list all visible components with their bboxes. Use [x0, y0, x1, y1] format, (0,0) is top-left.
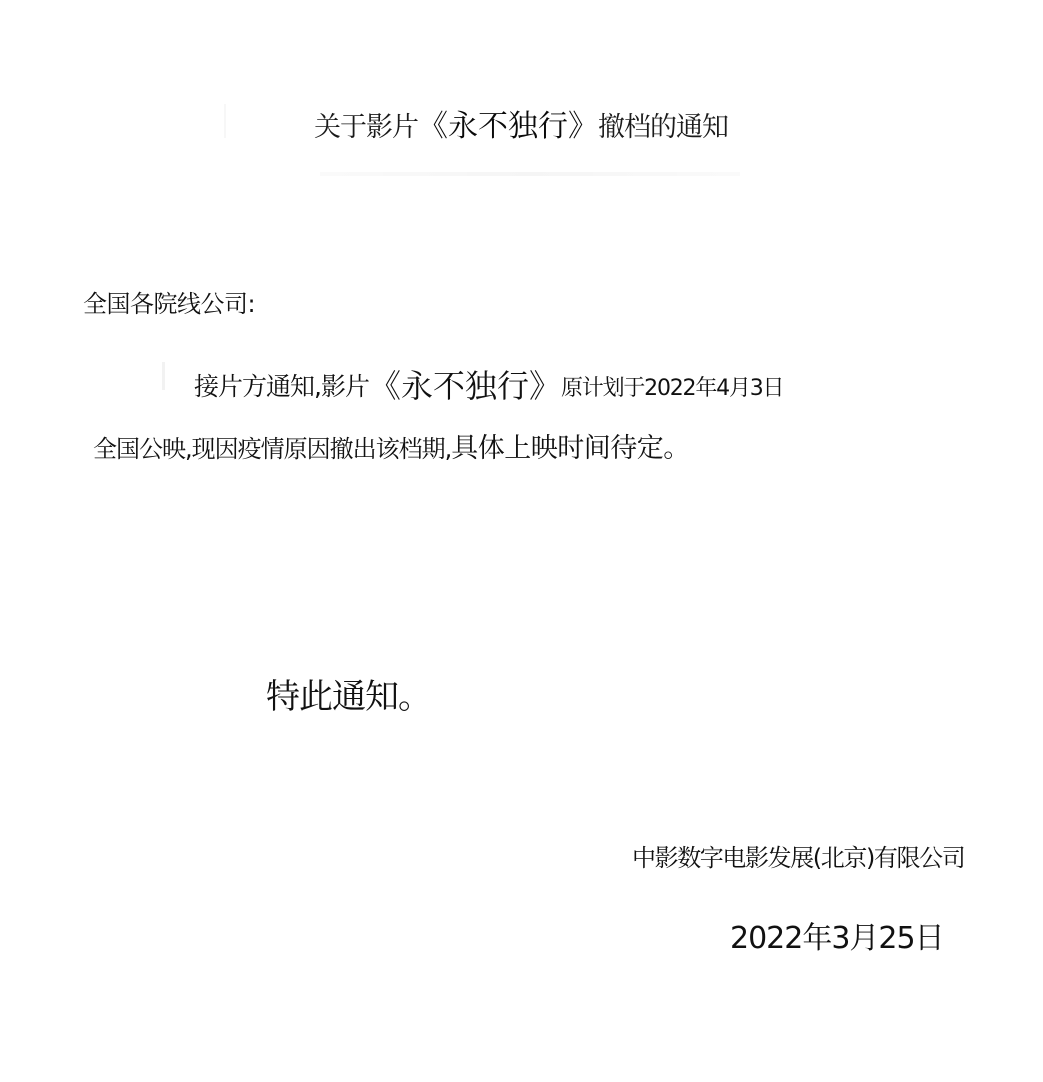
- paragraph-reason: 全国公映,现因疫情原因撤出该档期,: [93, 435, 451, 463]
- paragraph-line-1: 接片方通知,影片《永不独行》原计划于2022年4月3日: [194, 370, 783, 402]
- title-film-name: 《永不独行》: [418, 109, 598, 144]
- paragraph-line-2: 全国公映,现因疫情原因撤出该档期,具体上映时间待定。: [93, 435, 690, 462]
- paragraph-release-plan: 原计划于2022年4月3日: [561, 376, 783, 401]
- paragraph-film-name: 《永不独行》: [369, 367, 561, 405]
- title-suffix: 撤档的通知: [598, 112, 728, 143]
- salutation: 全国各院线公司:: [83, 292, 255, 316]
- paragraph-prefix: 接片方通知,影片: [194, 372, 369, 401]
- closing-statement: 特此通知。: [266, 680, 431, 714]
- title-prefix: 关于影片: [314, 112, 418, 143]
- scan-artifact: [162, 362, 165, 390]
- issuer-signature: 中影数字电影发展(北京)有限公司: [632, 846, 964, 870]
- paragraph-pending: 具体上映时间待定。: [451, 433, 690, 464]
- issue-date: 2022年3月25日: [730, 924, 944, 954]
- scan-artifact: [224, 104, 226, 138]
- document-title: 关于影片《永不独行》撤档的通知: [314, 112, 728, 142]
- scan-artifact-band: [320, 172, 740, 176]
